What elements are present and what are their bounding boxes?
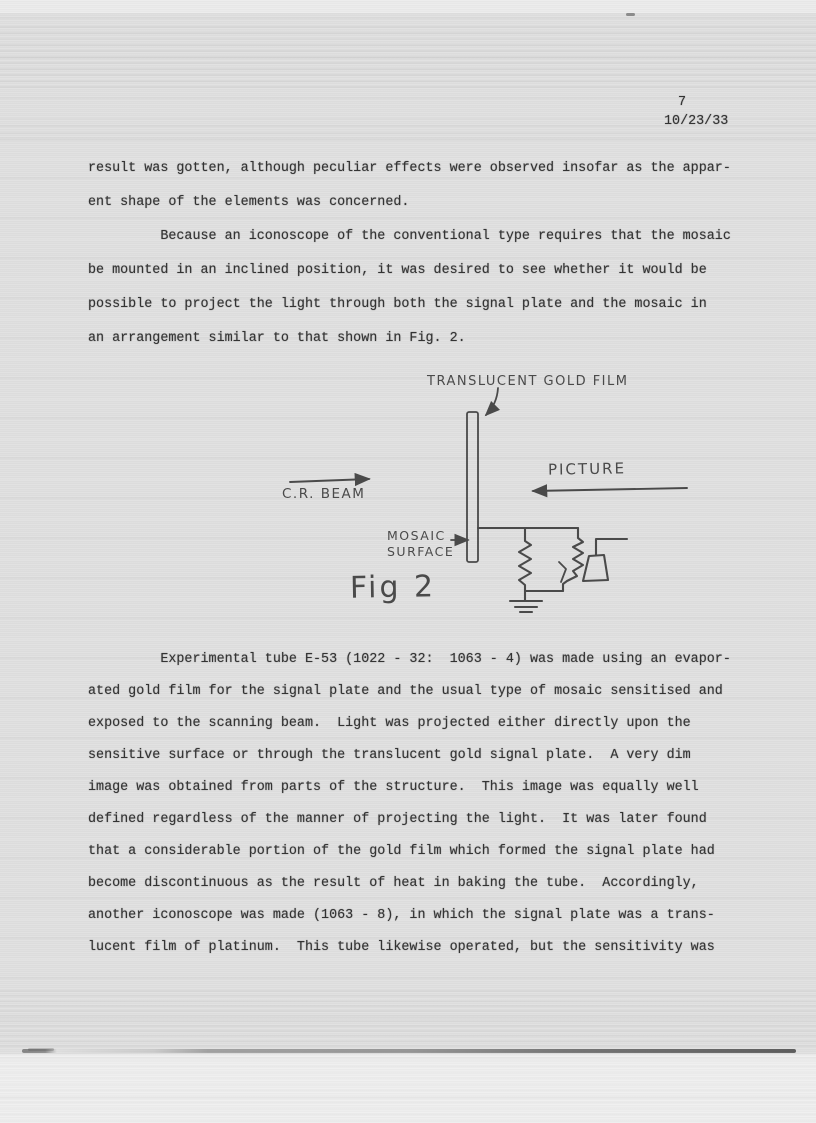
text-line: become discontinuous as the result of he… bbox=[88, 868, 731, 900]
text-line: ated gold film for the signal plate and … bbox=[88, 676, 731, 708]
paragraph: Because an iconoscope of the conventiona… bbox=[88, 220, 731, 356]
text-line: Because an iconoscope of the conventiona… bbox=[88, 220, 731, 254]
label-cr-beam: C.R. BEAM bbox=[282, 486, 365, 502]
text-line: be mounted in an inclined position, it w… bbox=[88, 254, 731, 288]
scan-artifact-dark-line bbox=[22, 1049, 796, 1053]
scanned-document-page: 7 10/23/33 result was gotten, although p… bbox=[0, 0, 816, 1123]
scan-artifact-bottom-strip bbox=[0, 1054, 816, 1123]
text-line: possible to project the light through bo… bbox=[88, 288, 731, 322]
scan-speck bbox=[28, 1048, 54, 1051]
figure-caption: Fig 2 bbox=[350, 569, 437, 605]
paragraph: Experimental tube E-53 (1022 - 32: 1063 … bbox=[88, 644, 731, 964]
text-line: lucent film of platinum. This tube likew… bbox=[88, 932, 731, 964]
text-line: an arrangement similar to that shown in … bbox=[88, 322, 731, 356]
text-line: sensitive surface or through the translu… bbox=[88, 740, 731, 772]
label-picture: PICTURE bbox=[548, 459, 626, 478]
text-line: image was obtained from parts of the str… bbox=[88, 772, 731, 804]
page-number: 7 bbox=[678, 95, 686, 110]
text-line: ent shape of the elements was concerned. bbox=[88, 186, 731, 220]
paragraph: result was gotten, although peculiar eff… bbox=[88, 152, 731, 220]
label-translucent-gold-film: TRANSLUCENT GOLD FILM bbox=[427, 374, 628, 389]
label-mosaic-line1: MOSAIC bbox=[387, 528, 446, 543]
text-line: defined regardless of the manner of proj… bbox=[88, 804, 731, 836]
date-stamp: 10/23/33 bbox=[664, 114, 728, 129]
text-line: another iconoscope was made (1063 - 8), … bbox=[88, 900, 731, 932]
scan-artifact-top-strip bbox=[0, 0, 816, 13]
text-line: that a considerable portion of the gold … bbox=[88, 836, 731, 868]
text-line: exposed to the scanning beam. Light was … bbox=[88, 708, 731, 740]
scan-streak-band bbox=[0, 26, 816, 92]
scan-streak-band bbox=[0, 990, 816, 1048]
scan-speck bbox=[626, 13, 635, 16]
label-mosaic-line2: SURFACE bbox=[387, 544, 454, 559]
label-mosaic-surface: MOSAICSURFACE bbox=[387, 528, 454, 560]
text-line: Experimental tube E-53 (1022 - 32: 1063 … bbox=[88, 644, 731, 676]
text-line: result was gotten, although peculiar eff… bbox=[88, 152, 731, 186]
